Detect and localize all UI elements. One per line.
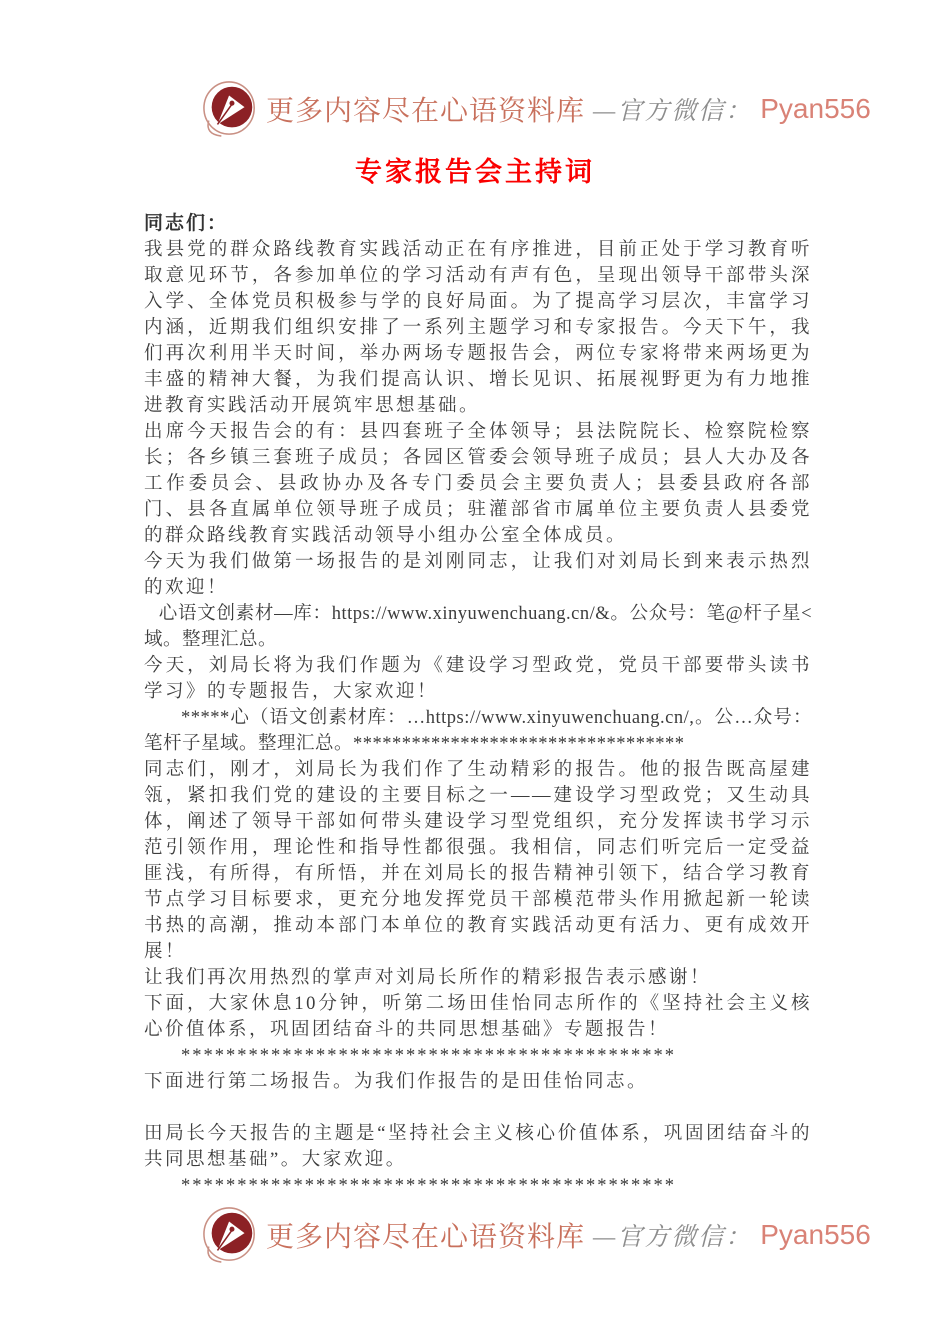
document-page: 更多内容尽在心语资料库—官方微信：Pyan556 专家报告会主持词 同志们： 我… xyxy=(0,0,950,1344)
paragraph: 下面进行第二场报告。为我们作报告的是田佳怡同志。 xyxy=(144,1069,812,1095)
paragraph: 同志们，刚才，刘局长为我们作了生动精彩的报告。他的报告既高屋建瓴，紧扣我们党的建… xyxy=(144,757,812,965)
page-title: 专家报告会主持词 xyxy=(0,150,950,189)
asterisk-divider: ****************************************… xyxy=(144,1043,812,1069)
paragraph: 田局长今天报告的主题是“坚持社会主义核心价值体系，巩固团结奋斗的共同思想基础”。… xyxy=(144,1121,812,1173)
blank-line xyxy=(144,1095,812,1121)
salutation: 同志们： xyxy=(144,211,812,237)
document-body: 同志们： 我县党的群众路线教育实践活动正在有序推进，目前正处于学习教育听取意见环… xyxy=(144,211,812,1199)
paragraph: 下面，大家休息10分钟，听第二场田佳怡同志所作的《坚持社会主义核心价值体系，巩固… xyxy=(144,991,812,1043)
watermark-brand-text: 更多内容尽在心语资料库 xyxy=(266,1215,585,1255)
watermark-brand-text: 更多内容尽在心语资料库 xyxy=(266,89,585,129)
paragraph: 今天，刘局长将为我们作题为《建设学习型政党，党员干部要带头读书学习》的专题报告，… xyxy=(144,653,812,705)
paragraph: 我县党的群众路线教育实践活动正在有序推进，目前正处于学习教育听取意见环节，各参加… xyxy=(144,237,812,419)
paragraph-watermark-note: *****心（语文创素材库：…https://www.xinyuwenchuan… xyxy=(144,705,812,757)
pen-nib-swirl-icon xyxy=(202,78,260,140)
watermark-wechat-id: Pyan556 xyxy=(760,93,871,125)
paragraph-watermark-note: 心语文创素材—库：https://www.xinyuwenchuang.cn/&… xyxy=(144,601,812,653)
watermark-wechat-id: Pyan556 xyxy=(760,1219,871,1251)
watermark-wechat-label: —官方微信： xyxy=(593,1217,752,1253)
paragraph: 出席今天报告会的有：县四套班子全体领导；县法院院长、检察院检察长；各乡镇三套班子… xyxy=(144,419,812,549)
watermark-wechat-label: —官方微信： xyxy=(593,91,752,127)
header-watermark: 更多内容尽在心语资料库—官方微信：Pyan556 xyxy=(202,78,871,140)
paragraph: 今天为我们做第一场报告的是刘刚同志，让我们对刘局长到来表示热烈的欢迎！ xyxy=(144,549,812,601)
footer-watermark: 更多内容尽在心语资料库—官方微信：Pyan556 xyxy=(202,1204,871,1266)
pen-nib-swirl-icon xyxy=(202,1204,260,1266)
asterisk-divider: ****************************************… xyxy=(144,1173,812,1199)
paragraph: 让我们再次用热烈的掌声对刘局长所作的精彩报告表示感谢！ xyxy=(144,965,812,991)
